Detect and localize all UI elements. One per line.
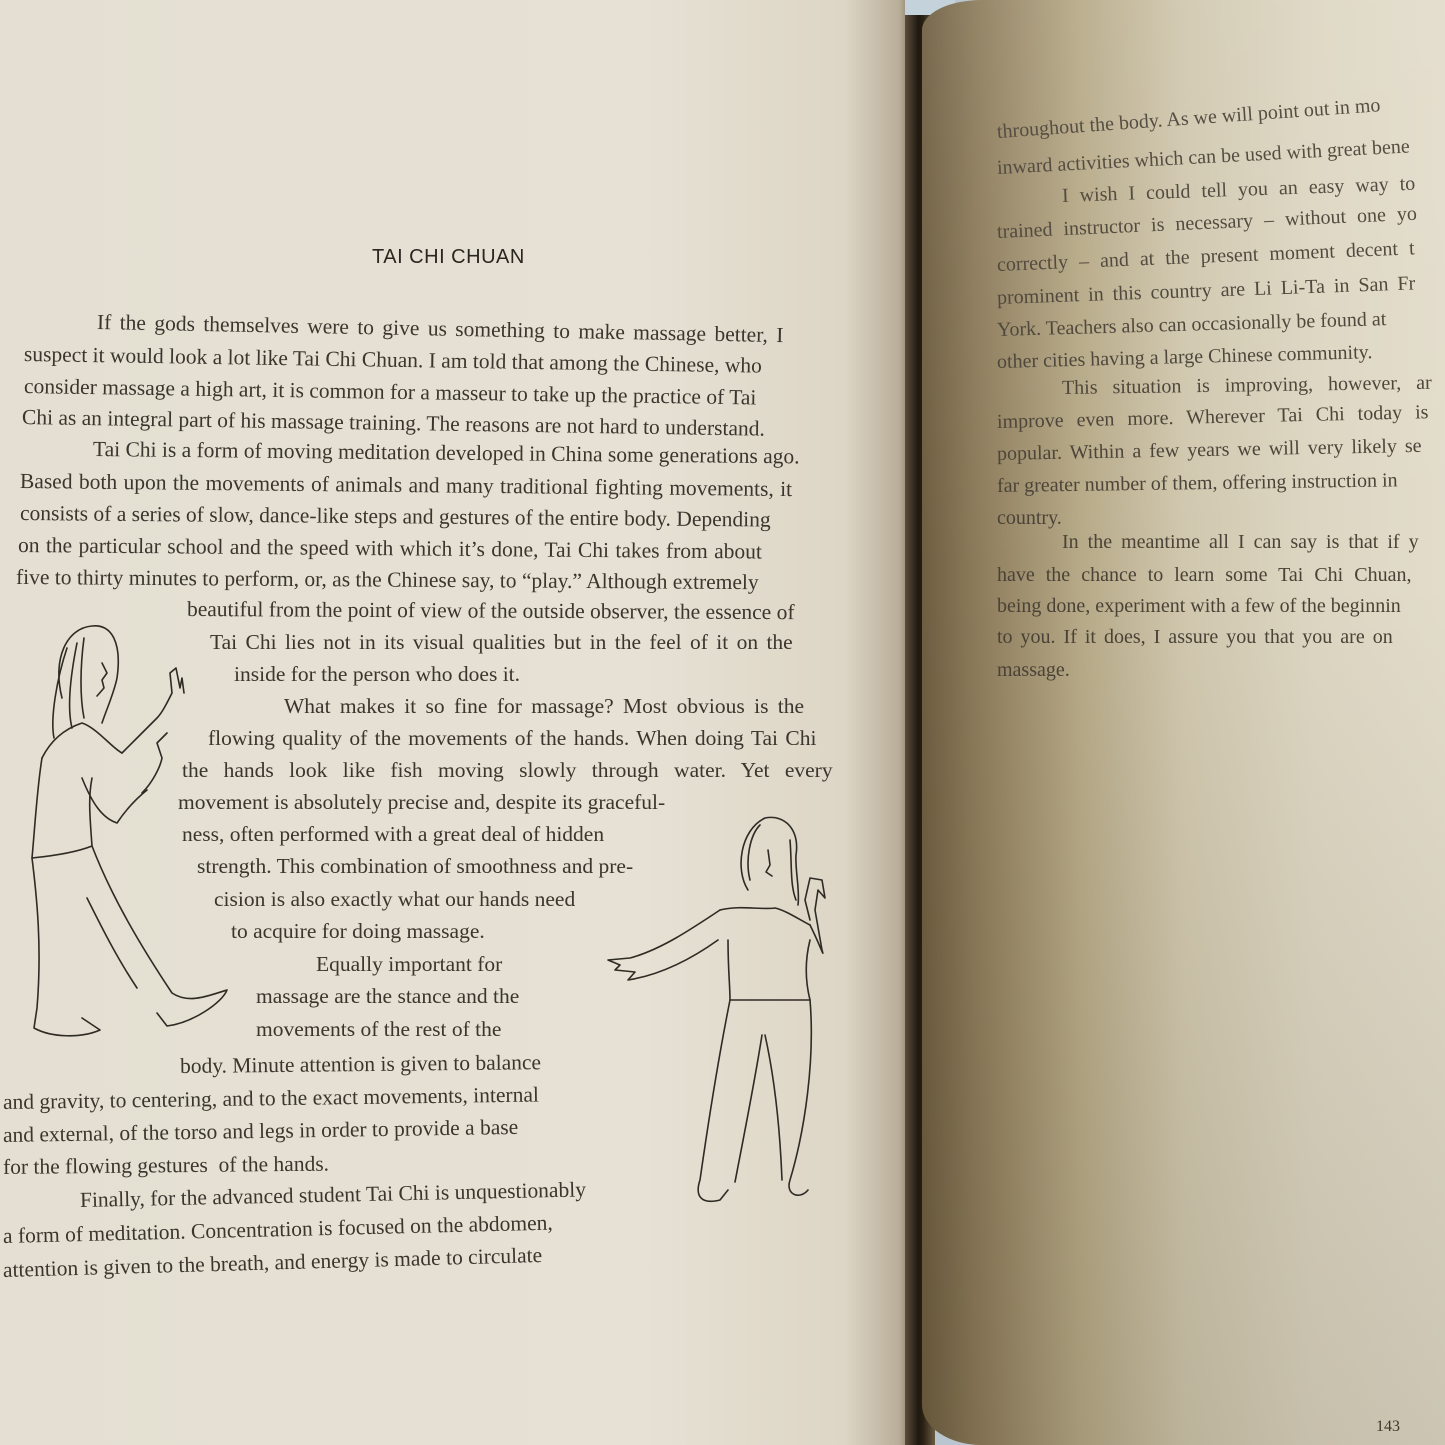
left-page: TAI CHI CHUAN If the gods themselves wer… (0, 0, 918, 1445)
text-line: movement is absolutely precise and, desp… (178, 792, 665, 814)
text-line: cision is also exactly what our hands ne… (214, 889, 575, 911)
chapter-heading: TAI CHI CHUAN (372, 246, 525, 269)
text-line: the hands look like fish moving slowly t… (182, 760, 833, 782)
text-line: Tai Chi lies not in its visual qualities… (210, 632, 793, 654)
text-line: inside for the person who does it. (234, 664, 520, 686)
text-line: Finally, for the advanced student Tai Ch… (80, 1179, 586, 1211)
text-line: improve even more. Wherever Tai Chi toda… (997, 402, 1429, 432)
text-line: and external, of the torso and legs in o… (3, 1117, 519, 1147)
text-line: What makes it so fine for massage? Most … (284, 696, 804, 718)
text-line: movements of the rest of the (256, 1019, 501, 1041)
text-line: trained instructor is necessary – withou… (997, 204, 1418, 242)
open-book: TAI CHI CHUAN If the gods themselves wer… (0, 0, 1445, 1445)
text-line: Tai Chi is a form of moving meditation d… (93, 439, 800, 468)
text-line: have the chance to learn some Tai Chi Ch… (997, 565, 1411, 585)
text-line: other cities having a large Chinese comm… (997, 342, 1373, 372)
text-line: throughout the body. As we will point ou… (996, 95, 1381, 142)
text-line: consider massage a high art, it is commo… (24, 376, 757, 409)
text-line: body. Minute attention is given to balan… (180, 1052, 541, 1077)
text-line: consists of a series of slow, dance-like… (20, 503, 771, 531)
text-line: prominent in this country are Li Li-Ta i… (997, 273, 1416, 308)
text-line: Equally important for (316, 954, 502, 976)
text-line: This situation is improving, however, ar (1062, 373, 1432, 398)
right-page: throughout the body. As we will point ou… (922, 0, 1445, 1445)
text-line: If the gods themselves were to give us s… (97, 312, 784, 347)
text-line: massage. (997, 660, 1070, 680)
text-line: massage are the stance and the (256, 986, 519, 1008)
text-line: to acquire for doing massage. (231, 921, 485, 943)
text-line: popular. Within a few years we will very… (997, 436, 1422, 464)
text-line: suspect it would look a lot like Tai Chi… (24, 344, 762, 377)
text-line: country. (997, 508, 1062, 528)
text-line: Chi as an integral part of his massage t… (22, 407, 765, 440)
text-line: attention is given to the breath, and en… (3, 1245, 543, 1282)
text-line: on the particular school and the speed w… (18, 535, 762, 563)
illustration-figure-standing (600, 810, 840, 1210)
text-line: five to thirty minutes to perform, or, a… (16, 567, 759, 594)
text-line: far greater number of them, offering ins… (997, 470, 1398, 496)
text-line: strength. This combination of smoothness… (197, 856, 633, 878)
text-line: for the flowing gestures of the hands. (3, 1154, 329, 1179)
text-line: and gravity, to centering, and to the ex… (3, 1085, 539, 1114)
text-line: being done, experiment with a few of the… (997, 596, 1401, 616)
text-line: beautiful from the point of view of the … (187, 599, 795, 624)
text-line: I wish I could tell you an easy way to (1062, 174, 1416, 206)
text-line: to you. If it does, I assure you that yo… (997, 627, 1393, 647)
text-line: Based both upon the movements of animals… (20, 471, 792, 501)
text-line: York. Teachers also can occasionally be … (997, 309, 1387, 340)
text-line: correctly – and at the present moment de… (997, 238, 1415, 275)
text-line: ness, often performed with a great deal … (182, 824, 604, 846)
text-line: a form of meditation. Concentration is f… (3, 1213, 553, 1248)
text-line: flowing quality of the movements of the … (208, 728, 816, 750)
text-line: In the meantime all I can say is that if… (1062, 532, 1419, 552)
text-line: inward activities which can be used with… (996, 136, 1410, 178)
illustration-figure-stepping (22, 618, 237, 1043)
page-number: 143 (1376, 1418, 1400, 1436)
